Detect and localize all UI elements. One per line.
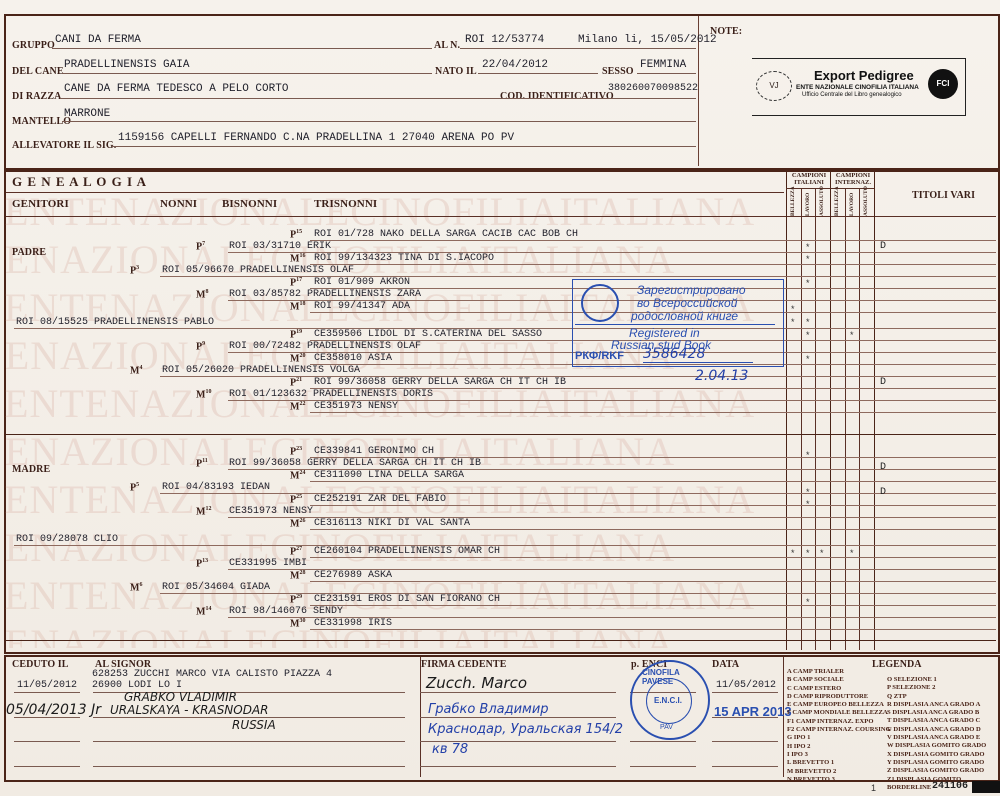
data-label: DATA [712,659,739,670]
fci-logo-icon: FCI [928,69,958,99]
gruppo-label: GRUPPO [12,40,55,51]
serial-redaction-bar [972,781,1000,793]
subcol-assoluto-int: ASSOLUTO [863,192,869,216]
signor-1-line1: 628253 ZUCCHI MARCO VIA CALISTO PIAZZA 4 [92,669,332,680]
rkf-registration-stamp: Зарегистрировано во Всероссийской родосл… [572,279,784,367]
signor-2-line3: RUSSIA [232,718,276,732]
col-bisnonni: BISNONNI [222,198,277,210]
ceduto-date-1: 11/05/2012 [17,680,77,691]
ceduto-date-2: 05/04/2013 Jr [6,702,101,718]
al-n-underline [460,48,696,49]
col-nonni: NONNI [160,198,197,210]
rkf-date-signature: 2.04.13 [695,368,748,384]
export-pedigree-title: Export Pedigree [814,68,914,83]
campioni-internaz-header: CAMPIONI INTERNAZ. [832,172,874,186]
sesso-underline [637,73,696,74]
pedigree-document: GRUPPO CANI DA FERMA AL N. ROI 12/53774 … [0,0,1000,796]
del-cane-label: DEL CANE [12,66,64,77]
campioni-italiani-header: CAMPIONI ITALIANI [788,172,830,186]
firma-1-signature: Zucch. Marco [426,674,527,692]
al-n-label: AL N. [434,40,460,51]
gruppo-underline [52,48,432,49]
allevatore-underline [112,146,696,147]
page-number: 1 [871,783,876,793]
titoli-vari-header: TITOLI VARI [912,190,975,201]
legenda-left-list: A CAMP TRIALER B CAMP SOCIALE C CAMP EST… [787,668,891,784]
sesso-label: SESSO [602,66,634,77]
firma-2-line1: Грабко Владимир [428,702,549,717]
cod-identificativo-label: COD. IDENTIFICATIVO [500,91,614,102]
cod-identificativo-value: 380260070098522 [608,83,698,94]
col-genitori: GENITORI [12,198,69,210]
enci-round-stamp: CINOFILA PAVESE E.N.C.I. PAV [630,660,710,740]
data-2-stamp: 15 APR 2013 [714,704,792,719]
di-razza-label: DI RAZZA [12,91,61,102]
ufficio-line: Ufficio Centrale del Libro genealogico [802,92,902,98]
data-1: 11/05/2012 [716,680,776,691]
di-razza-underline [60,98,432,99]
di-razza-value: CANE DA FERMA TEDESCO A PELO CORTO [64,83,288,95]
export-pedigree-stamp: VJ Export Pedigree ENTE NAZIONALE CINOFI… [752,58,966,116]
madre-label: MADRE [12,464,50,475]
mantello-value: MARRONE [64,108,110,120]
firma-2-line2: Краснодар, Уральская 154/2 [428,722,623,737]
firma-2-line3: кв 78 [432,742,468,757]
nato-il-label: NATO IL [435,66,477,77]
padre-label: PADRE [12,247,46,258]
campioni-mid-border [830,170,831,650]
nato-il-value: 22/04/2012 [482,59,548,71]
vj-logo-icon: VJ [756,71,792,101]
col-trisnonni: TRISNONNI [314,198,377,210]
place-date: Milano li, 15/05/2012 [578,34,717,46]
subcol-assoluto-it: ASSOLUTO [819,192,825,216]
del-cane-underline [62,73,432,74]
genealogia-title: G E N E A L O G I A [12,174,147,190]
signor-2-line2: URALSKAYA - KRASNODAR [110,703,269,717]
campioni-left-border [786,170,787,650]
subcol-lavoro-int: LAVORO [849,192,855,216]
subcol-bellezza-it: BELLEZZA [790,192,796,216]
note-label: NOTE: [710,26,742,37]
serial-number: 241106 [932,781,968,792]
enci-line: ENTE NAZIONALE CINOFILIA ITALIANA [796,84,919,91]
rkf-logo-icon [581,284,619,322]
cod-underline [432,98,696,99]
genealogia-title-rule [6,192,784,193]
mantello-underline [62,121,696,122]
padre-name: ROI 08/15525 PRADELLINENSIS PABLO [16,317,214,328]
legenda-right-list: O SELEZIONE 1 P SELEZIONE 2 Q ZTP R DISP… [887,676,1000,792]
allevatore-value: 1159156 CAPELLI FERNANDO C.NA PRADELLINA… [118,132,514,144]
al-n-value: ROI 12/53774 [465,34,544,46]
subcol-lavoro-it: LAVORO [805,192,811,216]
nato-il-underline [478,73,598,74]
allevatore-label: ALLEVATORE IL SIG. [12,140,116,151]
del-cane-value: PRADELLINENSIS GAIA [64,59,189,71]
signor-2-line1: GRABKO VLADIMIR [124,690,237,704]
firma-cedente-label: FIRMA CEDENTE [421,659,506,670]
madre-name: ROI 09/28078 CLIO [16,534,118,545]
sesso-value: FEMMINA [640,59,686,71]
genealogia-header-rule [6,216,996,217]
campioni-right-border [874,170,875,650]
ceduto-il-label: CEDUTO IL [12,659,69,670]
gruppo-value: CANI DA FERMA [55,34,141,46]
campioni-sub-rule [786,188,874,189]
subcol-bellezza-int: BELLEZZA [834,192,840,216]
